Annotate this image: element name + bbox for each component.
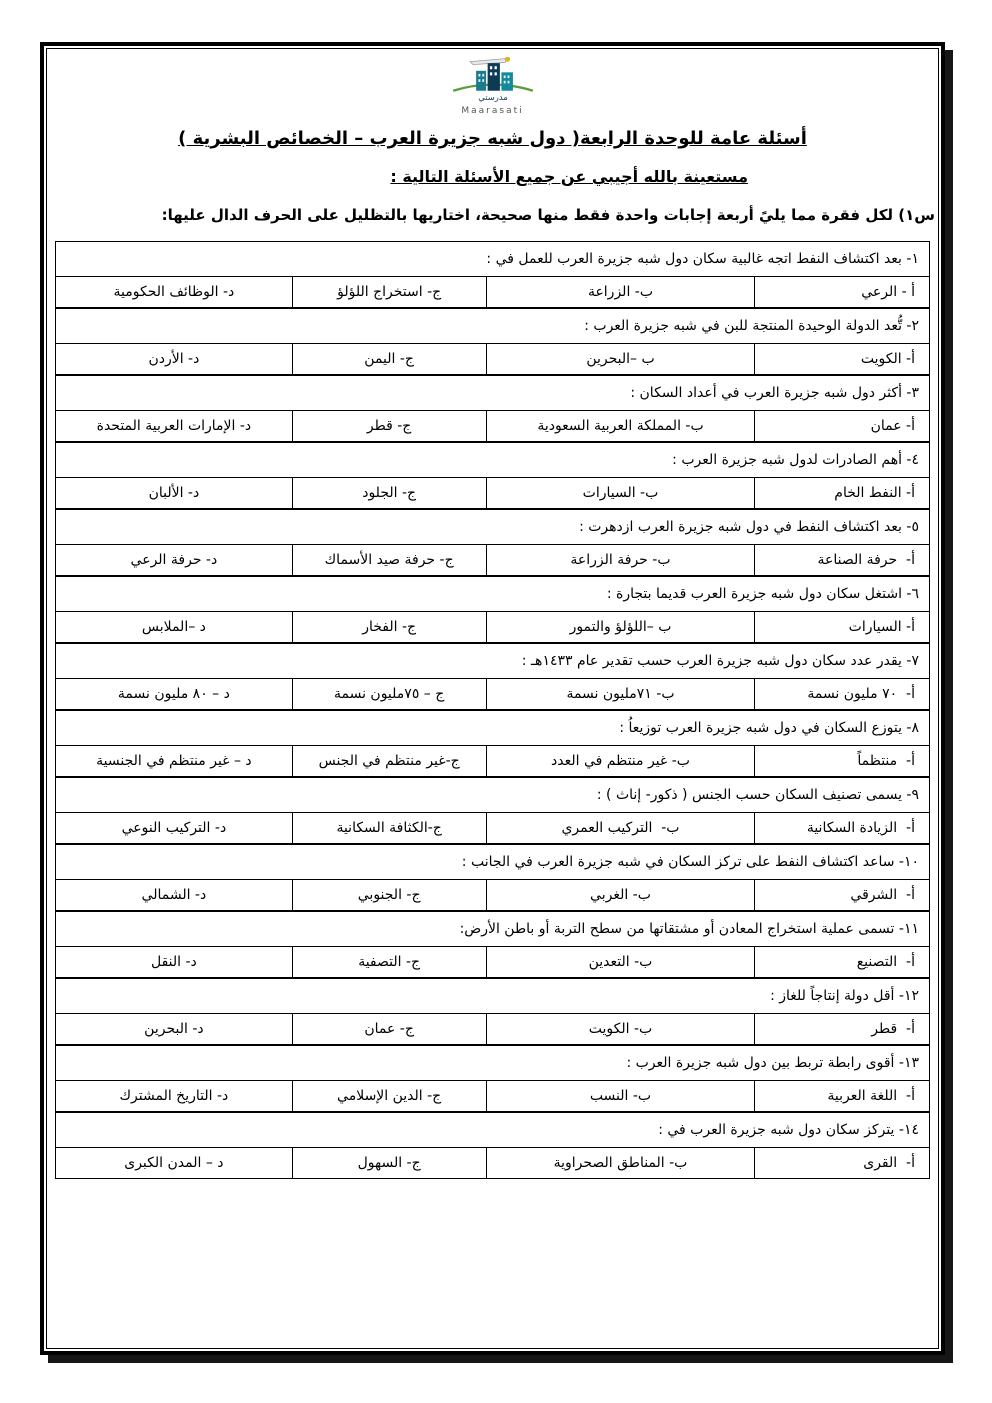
page-title: أسئلة عامة للوحدة الرابعة( دول شبه جزيرة… bbox=[47, 128, 938, 149]
question-block: ٦- اشتغل سكان دول شبه جزيرة العرب قديما … bbox=[55, 576, 930, 643]
option-d[interactable]: د- الألبان bbox=[56, 478, 292, 508]
logo-caption: Maarasati bbox=[47, 106, 938, 116]
option-b[interactable]: ب- ٧١مليون نسمة bbox=[486, 679, 755, 709]
question-block: ١١- تسمى عملية استخراج المعادن أو مشتقات… bbox=[55, 911, 930, 978]
question-block: ٣- أكثر دول شبه جزيرة العرب في أعداد الس… bbox=[55, 375, 930, 442]
option-b[interactable]: ب- النسب bbox=[486, 1081, 755, 1111]
option-a[interactable]: أ- التصنيع bbox=[754, 947, 929, 977]
option-a[interactable]: أ- عمان bbox=[754, 411, 929, 441]
options-row: أ- عمان ب- المملكة العربية السعودية ج- ق… bbox=[56, 410, 929, 441]
option-c[interactable]: ج- التصفية bbox=[292, 947, 486, 977]
option-d[interactable]: د- الوظائف الحكومية bbox=[56, 277, 292, 307]
question-block: ٩- يسمى تصنيف السكان حسب الجنس ( ذكور- إ… bbox=[55, 777, 930, 844]
option-b[interactable]: ب- غير منتظم في العدد bbox=[486, 746, 755, 776]
option-a[interactable]: أ- النفط الخام bbox=[754, 478, 929, 508]
option-c[interactable]: ج- الفخار bbox=[292, 612, 486, 642]
option-d[interactable]: د- النقل bbox=[56, 947, 292, 977]
page-border-frame: مدرستي Maarasati أسئلة عامة للوحدة الراب… bbox=[40, 42, 945, 1355]
option-d[interactable]: د- البحرين bbox=[56, 1014, 292, 1044]
page-inner: مدرستي Maarasati أسئلة عامة للوحدة الراب… bbox=[46, 48, 939, 1349]
option-b[interactable]: ب –اللؤلؤ والتمور bbox=[486, 612, 755, 642]
question-text: ١٢- أقل دولة إنتاجاً للغاز : bbox=[56, 979, 929, 1013]
options-row: أ- التصنيع ب- التعدين ج- التصفية د- النق… bbox=[56, 946, 929, 977]
option-d[interactable]: د- حرفة الرعي bbox=[56, 545, 292, 575]
question-block: ٨- يتوزع السكان في دول شبه جزيرة العرب ت… bbox=[55, 710, 930, 777]
question-text: ٦- اشتغل سكان دول شبه جزيرة العرب قديما … bbox=[56, 577, 929, 611]
option-d[interactable]: د –الملابس bbox=[56, 612, 292, 642]
options-row: أ- الكويت ب –البحرين ج- اليمن د- الأردن bbox=[56, 343, 929, 374]
option-d[interactable]: د- الأردن bbox=[56, 344, 292, 374]
option-c[interactable]: ج- الجلود bbox=[292, 478, 486, 508]
question-block: ١- بعد اكتشاف النفط اتجه غالبية سكان دول… bbox=[55, 241, 930, 308]
option-a[interactable]: أ- القرى bbox=[754, 1148, 929, 1178]
option-d[interactable]: د- التركيب النوعي bbox=[56, 813, 292, 843]
option-a[interactable]: أ- الكويت bbox=[754, 344, 929, 374]
option-c[interactable]: ج- عمان bbox=[292, 1014, 486, 1044]
options-row: أ- اللغة العربية ب- النسب ج- الدين الإسل… bbox=[56, 1080, 929, 1111]
page-subtitle: مستعينة بالله أجيبي عن جميع الأسئلة التا… bbox=[47, 167, 938, 186]
option-d[interactable]: د- الإمارات العربية المتحدة bbox=[56, 411, 292, 441]
option-c[interactable]: ج- الدين الإسلامي bbox=[292, 1081, 486, 1111]
option-b[interactable]: ب- الكويت bbox=[486, 1014, 755, 1044]
option-a[interactable]: أ - الرعي bbox=[754, 277, 929, 307]
option-c[interactable]: ج- استخراج اللؤلؤ bbox=[292, 277, 486, 307]
options-row: أ- حرفة الصناعة ب- حرفة الزراعة ج- حرفة … bbox=[56, 544, 929, 575]
option-d[interactable]: د – غير منتظم في الجنسية bbox=[56, 746, 292, 776]
question-block: ٤- أهم الصادرات لدول شبه جزيرة العرب : أ… bbox=[55, 442, 930, 509]
option-a[interactable]: أ- قطر bbox=[754, 1014, 929, 1044]
madrasati-logo: مدرستي Maarasati bbox=[47, 55, 938, 116]
option-a[interactable]: أ- السيارات bbox=[754, 612, 929, 642]
question-text: ١٠- ساعد اكتشاف النفط على تركز السكان في… bbox=[56, 845, 929, 879]
question-text: ٩- يسمى تصنيف السكان حسب الجنس ( ذكور- إ… bbox=[56, 778, 929, 812]
options-row: أ- الشرقي ب- الغربي ج- الجنوبي د- الشمال… bbox=[56, 879, 929, 910]
option-b[interactable]: ب- السيارات bbox=[486, 478, 755, 508]
option-d[interactable]: د- التاريخ المشترك bbox=[56, 1081, 292, 1111]
question-block: ٥- بعد اكتشاف النفط في دول شبه جزيرة الع… bbox=[55, 509, 930, 576]
option-b[interactable]: ب –البحرين bbox=[486, 344, 755, 374]
question-text: ١١- تسمى عملية استخراج المعادن أو مشتقات… bbox=[56, 912, 929, 946]
question-text: ١- بعد اكتشاف النفط اتجه غالبية سكان دول… bbox=[56, 242, 929, 276]
option-d[interactable]: د – ٨٠ مليون نسمة bbox=[56, 679, 292, 709]
question-block: ١٢- أقل دولة إنتاجاً للغاز : أ- قطر ب- ا… bbox=[55, 978, 930, 1045]
question-block: ١٤- يتركز سكان دول شبه جزيرة العرب في : … bbox=[55, 1112, 930, 1179]
option-c[interactable]: ج – ٧٥مليون نسمة bbox=[292, 679, 486, 709]
option-d[interactable]: د – المدن الكبرى bbox=[56, 1148, 292, 1178]
question-text: ١٤- يتركز سكان دول شبه جزيرة العرب في : bbox=[56, 1113, 929, 1147]
options-row: أ- ٧٠ مليون نسمة ب- ٧١مليون نسمة ج – ٧٥م… bbox=[56, 678, 929, 709]
option-b[interactable]: ب- التركيب العمري bbox=[486, 813, 755, 843]
options-row: أ- النفط الخام ب- السيارات ج- الجلود د- … bbox=[56, 477, 929, 508]
option-d[interactable]: د- الشمالي bbox=[56, 880, 292, 910]
question-block: ١٠- ساعد اكتشاف النفط على تركز السكان في… bbox=[55, 844, 930, 911]
option-b[interactable]: ب- الغربي bbox=[486, 880, 755, 910]
exam-document: { "logo": { "caption": "Maarasati", "ara… bbox=[0, 0, 992, 1403]
option-a[interactable]: أ- اللغة العربية bbox=[754, 1081, 929, 1111]
school-buildings-icon: مدرستي bbox=[447, 55, 539, 105]
question-text: ٤- أهم الصادرات لدول شبه جزيرة العرب : bbox=[56, 443, 929, 477]
options-row: أ- قطر ب- الكويت ج- عمان د- البحرين bbox=[56, 1013, 929, 1044]
question-text: ٨- يتوزع السكان في دول شبه جزيرة العرب ت… bbox=[56, 711, 929, 745]
options-row: أ- منتظماً ب- غير منتظم في العدد ج-غير م… bbox=[56, 745, 929, 776]
option-a[interactable]: أ- حرفة الصناعة bbox=[754, 545, 929, 575]
options-row: أ- القرى ب- المناطق الصحراوية ج- السهول … bbox=[56, 1147, 929, 1178]
option-b[interactable]: ب- حرفة الزراعة bbox=[486, 545, 755, 575]
option-c[interactable]: ج- قطر bbox=[292, 411, 486, 441]
question-text: ٧- يقدر عدد سكان دول شبه جزيرة العرب حسب… bbox=[56, 644, 929, 678]
option-c[interactable]: ج-الكثافة السكانية bbox=[292, 813, 486, 843]
option-c[interactable]: ج- حرفة صيد الأسماك bbox=[292, 545, 486, 575]
option-c[interactable]: ج- اليمن bbox=[292, 344, 486, 374]
question-text: ٣- أكثر دول شبه جزيرة العرب في أعداد الس… bbox=[56, 376, 929, 410]
option-a[interactable]: أ- الزيادة السكانية bbox=[754, 813, 929, 843]
option-a[interactable]: أ- الشرقي bbox=[754, 880, 929, 910]
option-b[interactable]: ب- التعدين bbox=[486, 947, 755, 977]
question-text: ١٣- أقوى رابطة تربط بين دول شبه جزيرة ال… bbox=[56, 1046, 929, 1080]
question-text: ٢- تُّعد الدولة الوحيدة المنتجة للبن في … bbox=[56, 309, 929, 343]
option-b[interactable]: ب- المملكة العربية السعودية bbox=[486, 411, 755, 441]
option-b[interactable]: ب- الزراعة bbox=[486, 277, 755, 307]
option-a[interactable]: أ- ٧٠ مليون نسمة bbox=[754, 679, 929, 709]
options-row: أ- الزيادة السكانية ب- التركيب العمري ج-… bbox=[56, 812, 929, 843]
quiz-table: ١- بعد اكتشاف النفط اتجه غالبية سكان دول… bbox=[55, 241, 930, 1179]
question-block: ١٣- أقوى رابطة تربط بين دول شبه جزيرة ال… bbox=[55, 1045, 930, 1112]
options-row: أ- السيارات ب –اللؤلؤ والتمور ج- الفخار … bbox=[56, 611, 929, 642]
question-block: ٧- يقدر عدد سكان دول شبه جزيرة العرب حسب… bbox=[55, 643, 930, 710]
options-row: أ - الرعي ب- الزراعة ج- استخراج اللؤلؤ د… bbox=[56, 276, 929, 307]
logo-arabic-text: مدرستي bbox=[478, 92, 508, 102]
option-b[interactable]: ب- المناطق الصحراوية bbox=[486, 1148, 755, 1178]
option-c[interactable]: ج-غير منتظم في الجنس bbox=[292, 746, 486, 776]
option-c[interactable]: ج- الجنوبي bbox=[292, 880, 486, 910]
question-text: ٥- بعد اكتشاف النفط في دول شبه جزيرة الع… bbox=[56, 510, 929, 544]
question-block: ٢- تُّعد الدولة الوحيدة المنتجة للبن في … bbox=[55, 308, 930, 375]
option-c[interactable]: ج- السهول bbox=[292, 1148, 486, 1178]
option-a[interactable]: أ- منتظماً bbox=[754, 746, 929, 776]
question-one-instruction: س١) لكل فقرة مما يليً أربعة إجابات واحدة… bbox=[47, 206, 938, 224]
